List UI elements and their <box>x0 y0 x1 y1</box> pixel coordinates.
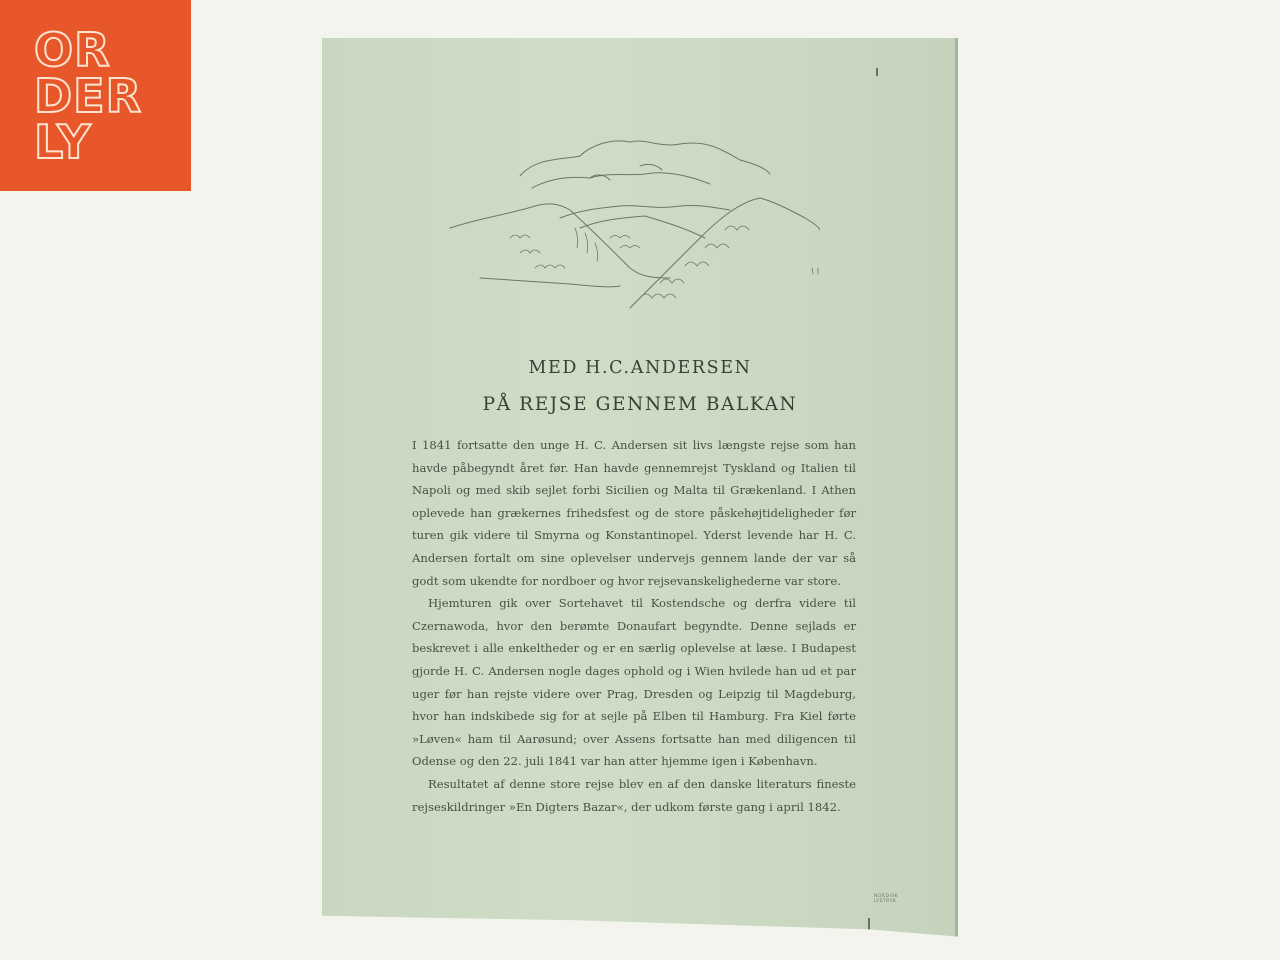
cover-scuff-mark <box>868 918 870 932</box>
blurb-text: I 1841 fortsatte den unge H. C. Andersen… <box>412 434 856 818</box>
mountain-sketch-illustration <box>440 118 820 318</box>
blurb-paragraph-2: Hjemturen gik over Sortehavet til Kosten… <box>412 592 856 773</box>
cover-scuff-mark <box>876 68 878 76</box>
printer-mark: NORDISK LYSTRYK <box>874 894 898 904</box>
book-edge <box>955 38 958 942</box>
blurb-paragraph-1: I 1841 fortsatte den unge H. C. Andersen… <box>412 434 856 592</box>
logo-line-1: OR <box>34 27 191 73</box>
orderly-logo: OR DER LY <box>0 0 191 191</box>
title-line-1: MED H.C.ANDERSEN <box>322 358 958 378</box>
blurb-paragraph-3: Resultatet af denne store rejse blev en … <box>412 773 856 818</box>
printer-mark-line-2: LYSTRYK <box>874 899 898 904</box>
logo-line-3: LY <box>34 119 191 165</box>
book-back-cover: MED H.C.ANDERSEN PÅ REJSE GENNEM BALKAN … <box>322 38 958 942</box>
logo-line-2: DER <box>34 73 191 119</box>
title-line-2: PÅ REJSE GENNEM BALKAN <box>322 394 958 415</box>
